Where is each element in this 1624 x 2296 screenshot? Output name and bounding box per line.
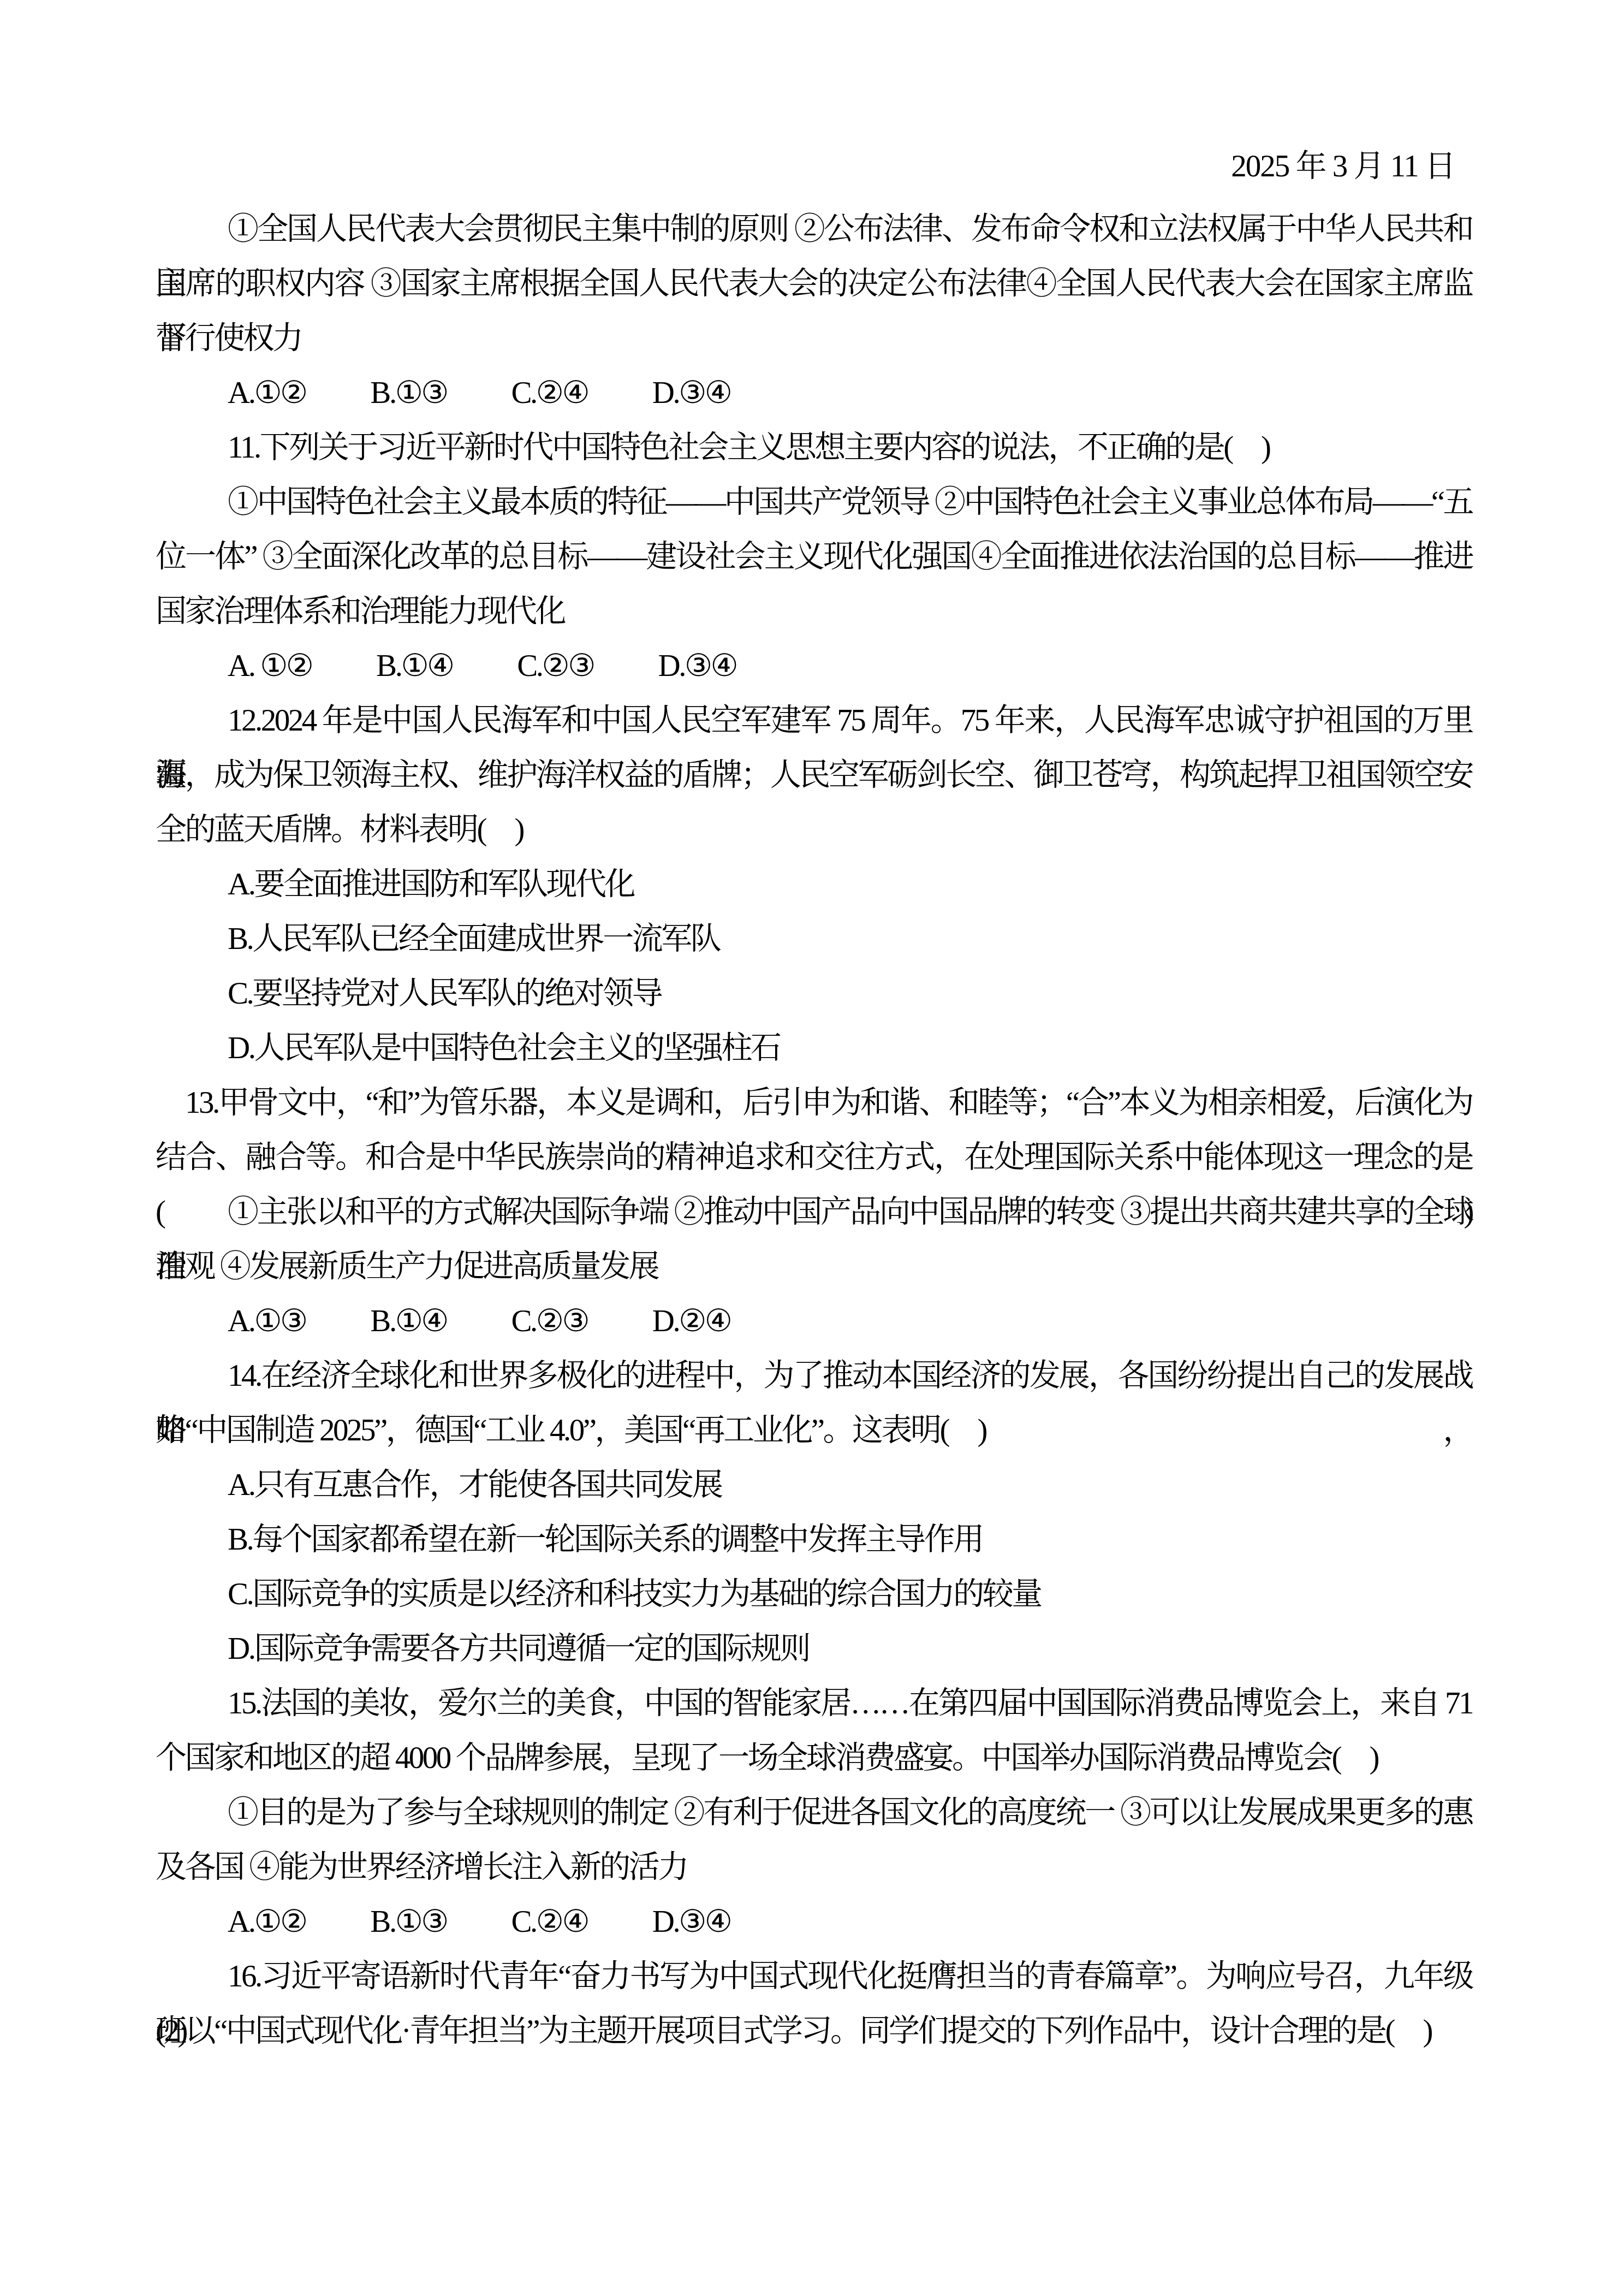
text-line: 个国家和地区的超 4000 个品牌参展，呈现了一场全球消费盛宴。中国举办国际消费… bbox=[156, 1731, 1472, 1785]
text-line: B.每个国家都希望在新一轮国际关系的调整中发挥主导作用 bbox=[156, 1512, 1472, 1567]
text-line: A.只有互惠合作，才能使各国共同发展 bbox=[156, 1458, 1472, 1512]
text-line: A.要全面推进国防和军队现代化 bbox=[156, 857, 1472, 912]
text-line: 国家治理体系和治理能力现代化 bbox=[156, 584, 1472, 639]
text-line: 全的蓝天盾牌。材料表明( ) bbox=[156, 803, 1472, 857]
text-line: B.人民军队已经全面建成世界一流军队 bbox=[156, 912, 1472, 966]
text-line: C.要坚持党对人民军队的绝对领导 bbox=[156, 966, 1472, 1021]
text-line: 15.法国的美妆，爱尔兰的美食，中国的智能家居……在第四届中国国际消费品博览会上… bbox=[156, 1676, 1472, 1731]
text-line: 班以“中国式现代化·青年担当”为主题开展项目式学习。同学们提交的下列作品中，设计… bbox=[156, 2004, 1472, 2058]
text-line: ①目的是为了参与全球规则的制定 ②有利于促进各国文化的高度统一 ③可以让发展成果… bbox=[156, 1785, 1472, 1840]
text-line: 理观 ④发展新质生产力促进高质量发展 bbox=[156, 1239, 1472, 1294]
text-line: 位一体” ③全面深化改革的总目标——建设社会主义现代化强国④全面推进依法治国的总… bbox=[156, 530, 1472, 584]
text-line: A.①③ B.①④ C.②③ D.②④ bbox=[156, 1294, 1472, 1349]
text-line: 13.甲骨文中，“和”为管乐器，本义是调和，后引申为和谐、和睦等；“合”本义为相… bbox=[156, 1076, 1472, 1130]
text-line: 14.在经济全球化和世界多极化的进程中，为了推动本国经济的发展，各国纷纷提出自己… bbox=[156, 1349, 1472, 1403]
text-line: ①全国人民代表大会贯彻民主集中制的原则 ②公布法律、发布命令权和立法权属于中华人… bbox=[156, 202, 1472, 257]
text-line: D.国际竞争需要各方共同遵循一定的国际规则 bbox=[156, 1622, 1472, 1676]
text-line: 16.习近平寄语新时代青年“奋力书写为中国式现代化挺膺担当的青春篇章”。为响应号… bbox=[156, 1949, 1472, 2004]
text-line: A. ①② B.①④ C.②③ D.③④ bbox=[156, 639, 1472, 693]
text-line: 主席的职权内容 ③国家主席根据全国人民代表大会的决定公布法律④全国人民代表大会在… bbox=[156, 257, 1472, 311]
text-line: 11.下列关于习近平新时代中国特色社会主义思想主要内容的说法，不正确的是( ) bbox=[156, 420, 1472, 475]
document-content: ①全国人民代表大会贯彻民主集中制的原则 ②公布法律、发布命令权和立法权属于中华人… bbox=[156, 202, 1472, 2058]
document-page: 2025 年 3 月 11 日 ①全国人民代表大会贯彻民主集中制的原则 ②公布法… bbox=[0, 0, 1624, 2296]
text-line: ①主张以和平的方式解决国际争端 ②推动中国产品向中国品牌的转变 ③提出共商共建共… bbox=[156, 1185, 1472, 1239]
text-line: 及各国 ④能为世界经济增长注入新的活力 bbox=[156, 1840, 1472, 1895]
text-line: 疆，成为保卫领海主权、维护海洋权益的盾牌；人民空军砺剑长空、御卫苍穹，构筑起捍卫… bbox=[156, 748, 1472, 803]
text-line: A.①② B.①③ C.②④ D.③④ bbox=[156, 1895, 1472, 1949]
text-line: 12.2024 年是中国人民海军和中国人民空军建军 75 周年。75 年来，人民… bbox=[156, 693, 1472, 748]
text-line: C.国际竞争的实质是以经济和科技实力为基础的综合国力的较量 bbox=[156, 1567, 1472, 1622]
document-date: 2025 年 3 月 11 日 bbox=[156, 139, 1455, 194]
text-line: D.人民军队是中国特色社会主义的坚强柱石 bbox=[156, 1021, 1472, 1076]
text-line: 下行使权力 bbox=[156, 311, 1472, 366]
text-line: A.①② B.①③ C.②④ D.③④ bbox=[156, 366, 1472, 420]
text-line: 结合、融合等。和合是中华民族崇尚的精神追求和交往方式，在处理国际关系中能体现这一… bbox=[156, 1130, 1472, 1185]
text-line: ①中国特色社会主义最本质的特征——中国共产党领导 ②中国特色社会主义事业总体布局… bbox=[156, 475, 1472, 530]
